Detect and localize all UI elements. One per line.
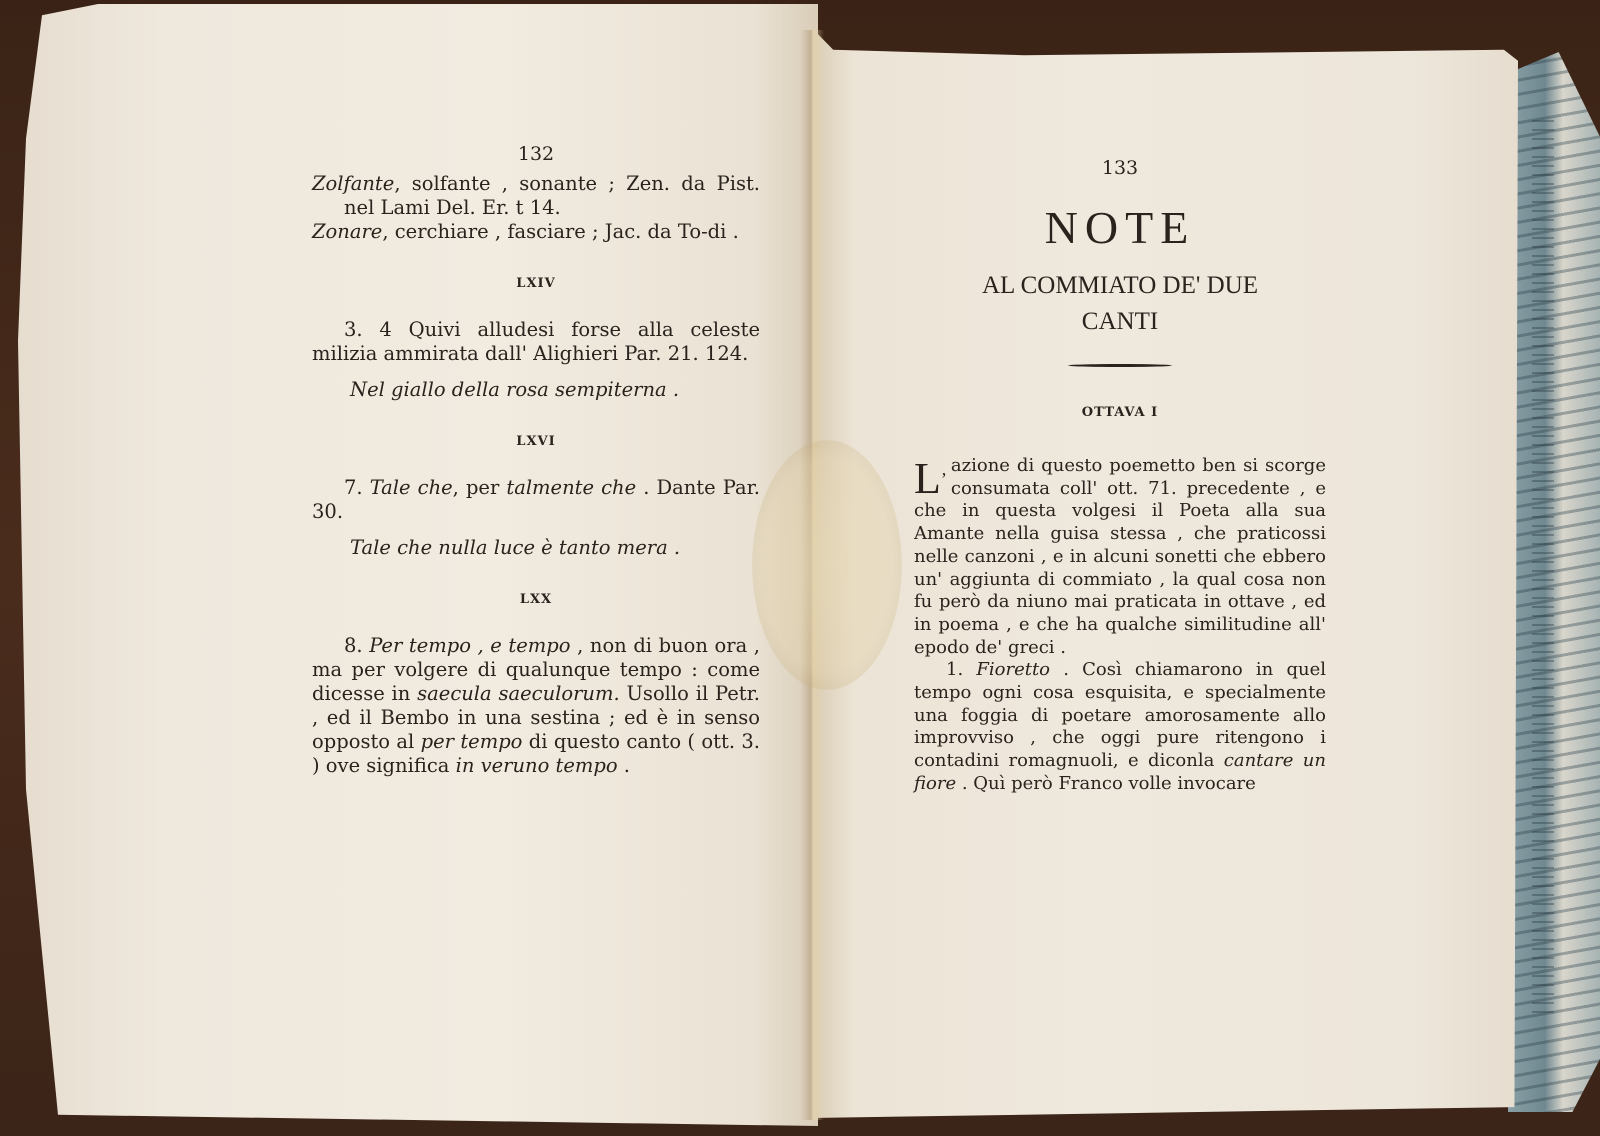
note-text: . xyxy=(618,754,630,777)
entry-term: Zonare xyxy=(312,220,382,243)
page-number-left: 132 xyxy=(312,142,760,166)
section-label: OTTAVA I xyxy=(914,401,1326,425)
note-text: . Quì però Franco volle invocare xyxy=(956,773,1256,794)
section-mark: LXIV xyxy=(312,272,760,296)
note-italic: per tempo xyxy=(421,730,523,753)
entry-term: Zolfante xyxy=(312,172,394,195)
drop-cap-apostrophe: ’ xyxy=(941,469,947,489)
quotation: Tale che nulla luce è tanto mera . xyxy=(350,536,760,560)
note-number: 1. xyxy=(946,659,963,680)
page-number-right: 133 xyxy=(914,156,1326,180)
quotation: Nel giallo della rosa sempiterna . xyxy=(350,378,760,402)
note-italic: in veruno tempo xyxy=(456,754,618,777)
intro-paragraph: L’azione di questo poemetto ben si scorg… xyxy=(914,455,1326,659)
chapter-subtitle-line-2: CANTI xyxy=(914,304,1326,340)
left-page-text: 132 Zolfante, solfante , sonante ; Zen. … xyxy=(312,142,760,778)
intro-text: azione di questo poemetto ben si scorge … xyxy=(914,455,1326,658)
note-italic: talmente che xyxy=(506,476,636,499)
glossary-entry: Zonare, cerchiare , fasciare ; Jac. da T… xyxy=(312,220,760,244)
note-paragraph: 7. Tale che, per talmente che . Dante Pa… xyxy=(312,476,760,524)
note-paragraph: 1. Fioretto . Così chiamarono in quel te… xyxy=(914,659,1326,795)
section-mark: LXX xyxy=(312,588,760,612)
book-cover-edge xyxy=(1508,52,1600,1112)
cover-ornament xyxy=(1532,120,1554,1020)
note-paragraph: 8. Per tempo , e tempo , non di buon ora… xyxy=(312,634,760,778)
section-mark: LXVI xyxy=(312,430,760,454)
note-italic: Tale che xyxy=(370,476,453,499)
chapter-title: NOTE xyxy=(914,202,1326,254)
water-stain xyxy=(752,440,902,690)
note-italic: Per tempo , e tempo xyxy=(369,634,570,657)
note-number: 8. xyxy=(344,634,363,657)
right-page-text: 133 NOTE AL COMMIATO DE' DUE CANTI OTTAV… xyxy=(914,156,1326,796)
chapter-subtitle-line-1: AL COMMIATO DE' DUE xyxy=(914,268,1326,304)
decorative-rule xyxy=(1068,364,1172,367)
note-term: Fioretto xyxy=(976,659,1050,680)
note-text: , per xyxy=(453,476,507,499)
glossary-entry: Zolfante, solfante , sonante ; Zen. da P… xyxy=(312,172,760,220)
entry-definition: , solfante , sonante ; Zen. da Pist. nel… xyxy=(344,172,760,219)
entry-definition: , cerchiare , fasciare ; Jac. da To-di . xyxy=(382,220,738,243)
note-number: 3. 4 xyxy=(344,318,392,341)
note-paragraph: 3. 4 Quivi alludesi forse alla celeste m… xyxy=(312,318,760,366)
note-number: 7. xyxy=(344,476,363,499)
drop-cap-letter: L xyxy=(914,454,941,503)
note-italic: saecula saeculorum. xyxy=(417,682,620,705)
drop-cap: L’ xyxy=(914,461,947,497)
